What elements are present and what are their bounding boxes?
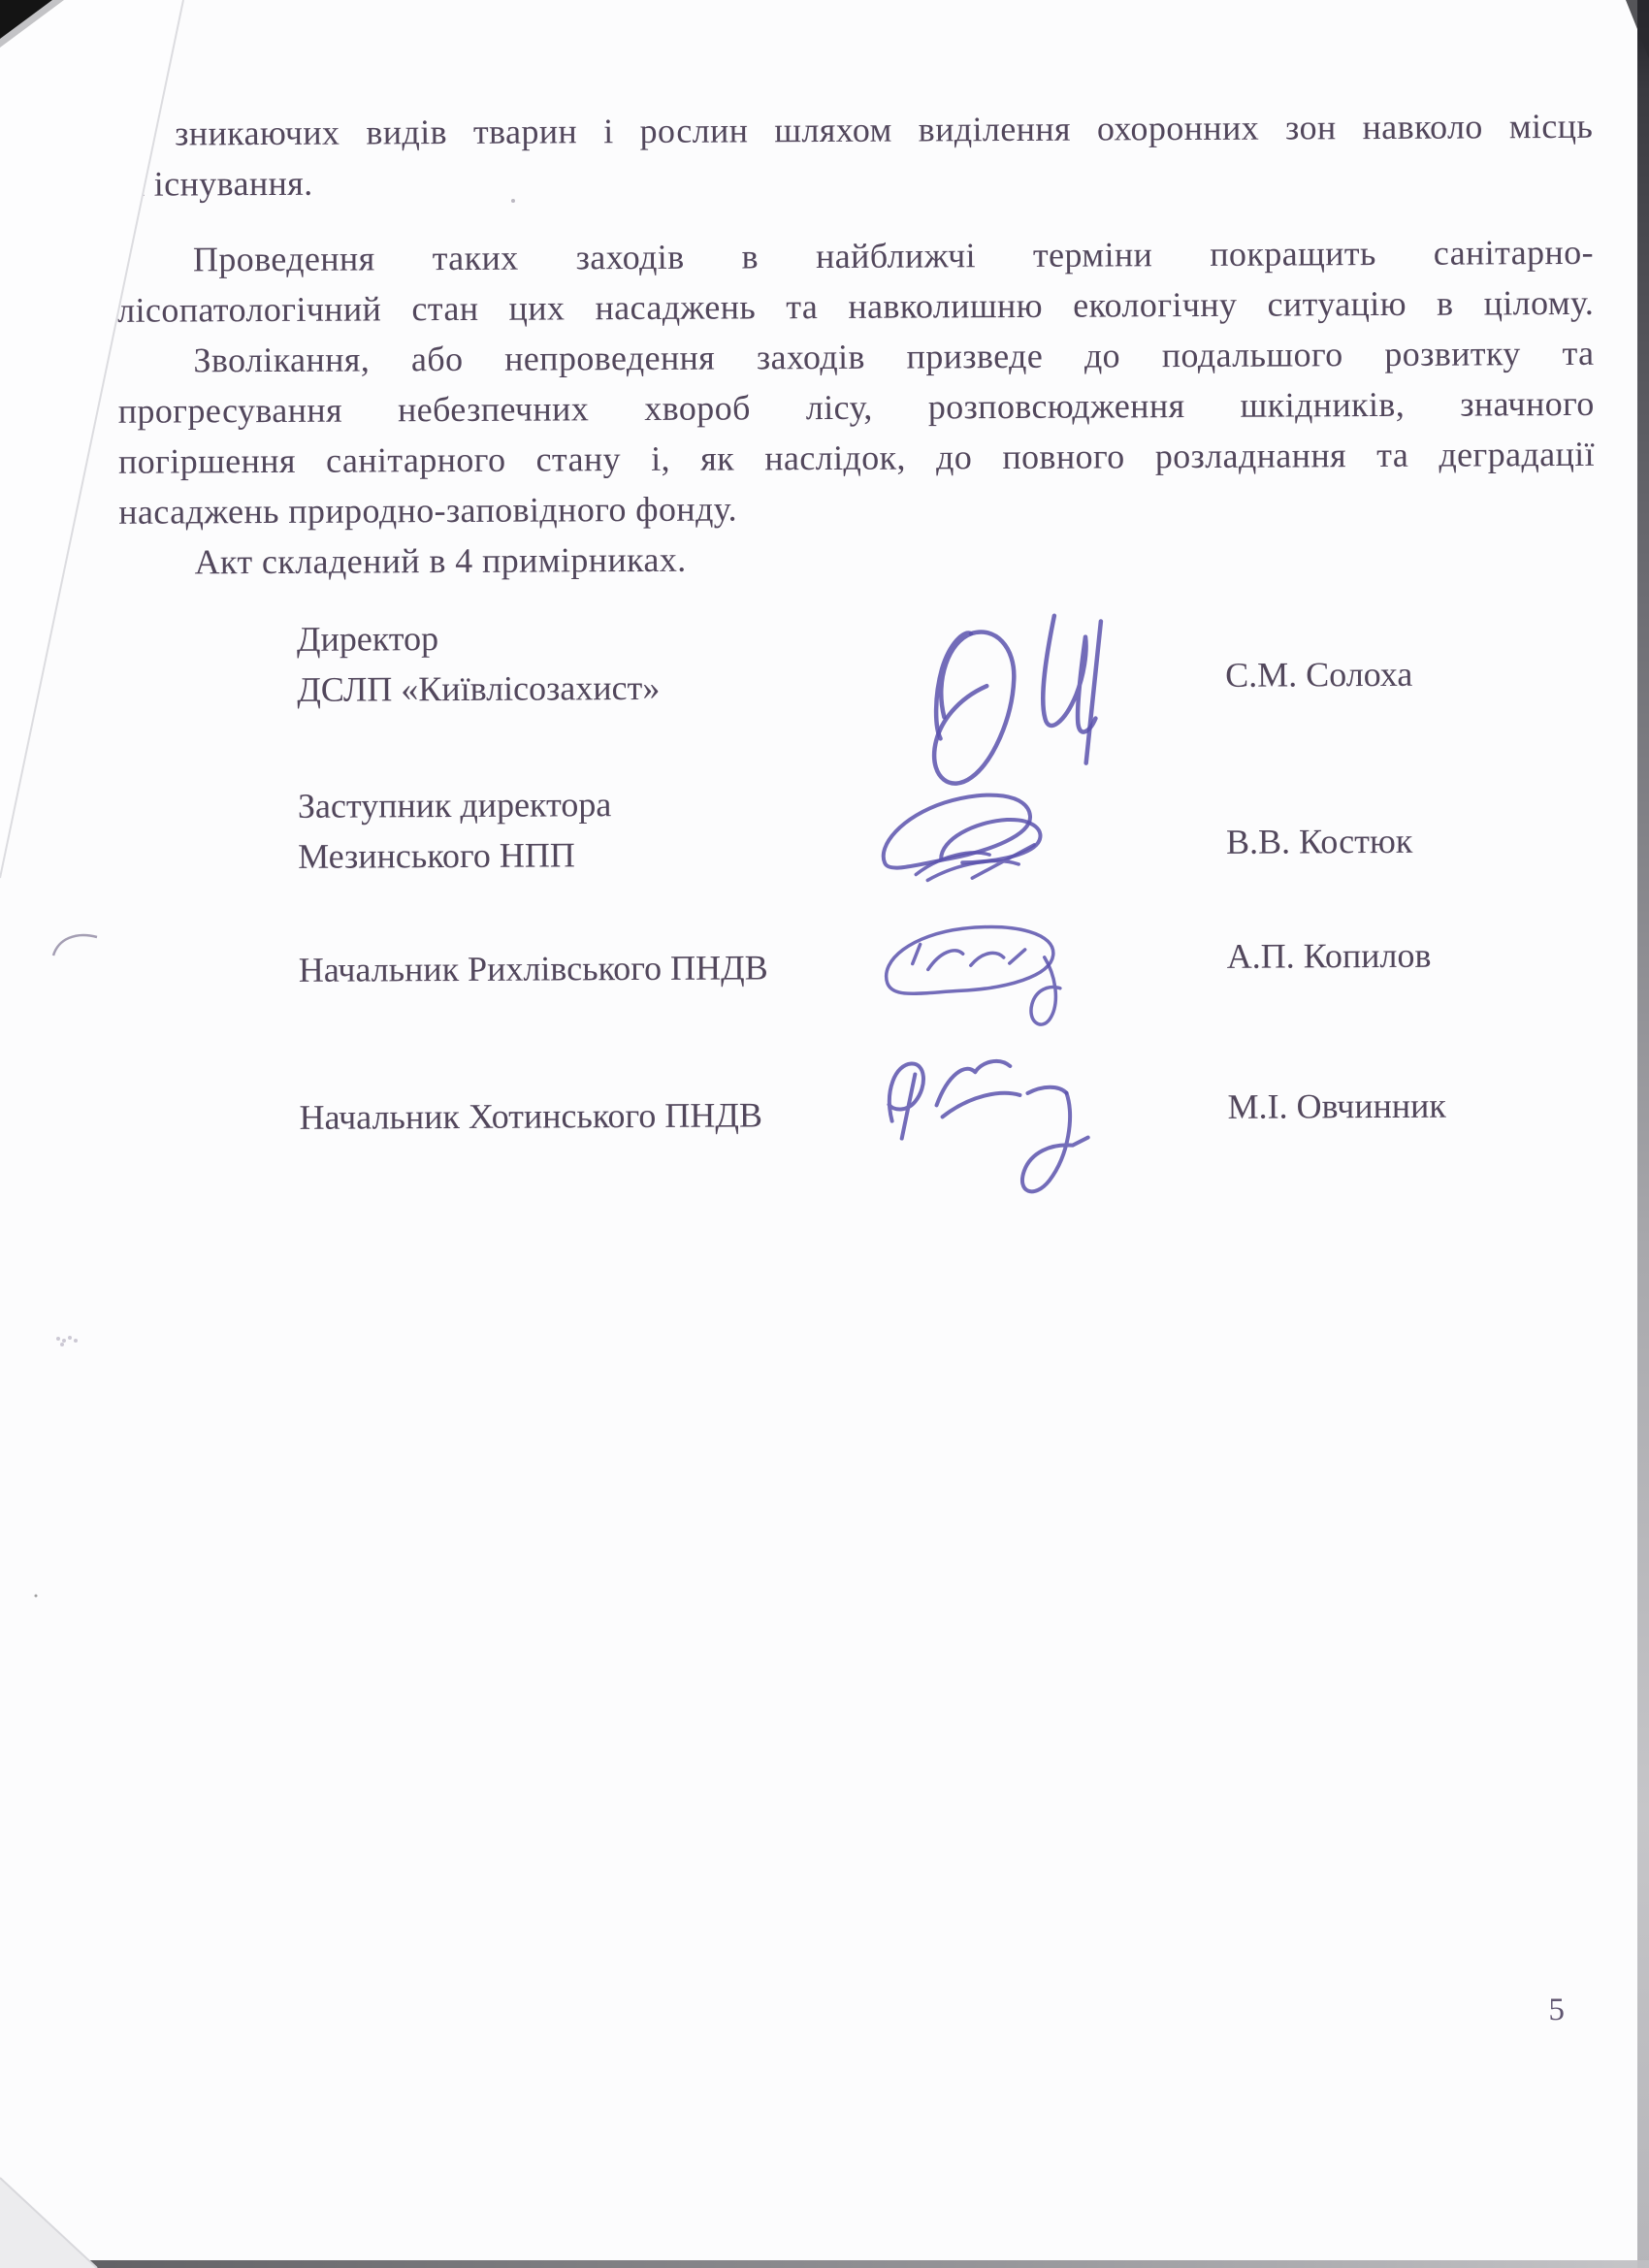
signature-ink-4 [889,1060,1088,1192]
handwritten-signatures [825,570,1159,1232]
signatory-title-line: Заступник директора [298,785,612,826]
signatory-title-director: Директор ДСЛП «Київлісозахист» [297,612,661,715]
signatory-title-line: Мезинського НПП [298,835,575,875]
page-number: 5 [1548,1993,1565,2028]
text-line: насаджень природно-заповідного фонду. [118,479,1595,537]
paragraph: Зволікання, або непроведення заходів при… [117,328,1595,537]
text-line: їх існування. [116,151,1593,210]
text-line: Акт складений в 4 примірниках. [118,530,1595,588]
signature-ink-3 [886,926,1060,1025]
signatory-name: А.П. Копилов [1227,934,1432,978]
text-line: прогресування небезпечних хвороб лісу, р… [118,378,1595,437]
paragraph: та зникаючих видів тварин і рослин шляхо… [116,101,1594,210]
signatory-title-rykhlivske-head: Начальник Рихлівського ПНДВ [299,942,768,995]
signatory-title-line: Начальник Рихлівського ПНДВ [299,948,768,989]
signatory-title-deputy-director: Заступник директора Мезинського НПП [298,779,612,882]
scanned-document-page: та зникаючих видів тварин і рослин шляхо… [0,0,1649,2268]
signatory-title-line: Директор [297,619,438,659]
signatory-title-khotynske-head: Начальник Хотинського ПНДВ [299,1089,762,1142]
signatory-title-line: Начальник Хотинського ПНДВ [299,1095,762,1136]
signature-ink-1 [933,616,1101,784]
text-line: Проведення таких заходів в найближчі тер… [117,227,1594,285]
text-line: Зволікання, або непроведення заходів при… [117,328,1594,386]
paragraph: Проведення таких заходів в найближчі тер… [117,227,1595,336]
text-line: погіршення санітарного стану і, як наслі… [118,429,1595,487]
page-content: та зникаючих видів тварин і рослин шляхо… [0,0,1649,2268]
paragraph: Акт складений в 4 примірниках. [118,530,1595,588]
signatory-name: М.І. Овчинник [1227,1085,1446,1128]
signatory-name: С.М. Солоха [1225,653,1412,697]
text-line: та зникаючих видів тварин і рослин шляхо… [116,101,1593,159]
signatory-name: В.В. Костюк [1226,820,1412,863]
signature-ink-2 [883,794,1040,880]
text-line: лісопатологічний стан цих насаджень та н… [117,277,1594,336]
body-text: та зникаючих видів тварин і рослин шляхо… [116,101,1596,588]
signatory-title-line: ДСЛП «Київлісозахист» [297,668,660,709]
